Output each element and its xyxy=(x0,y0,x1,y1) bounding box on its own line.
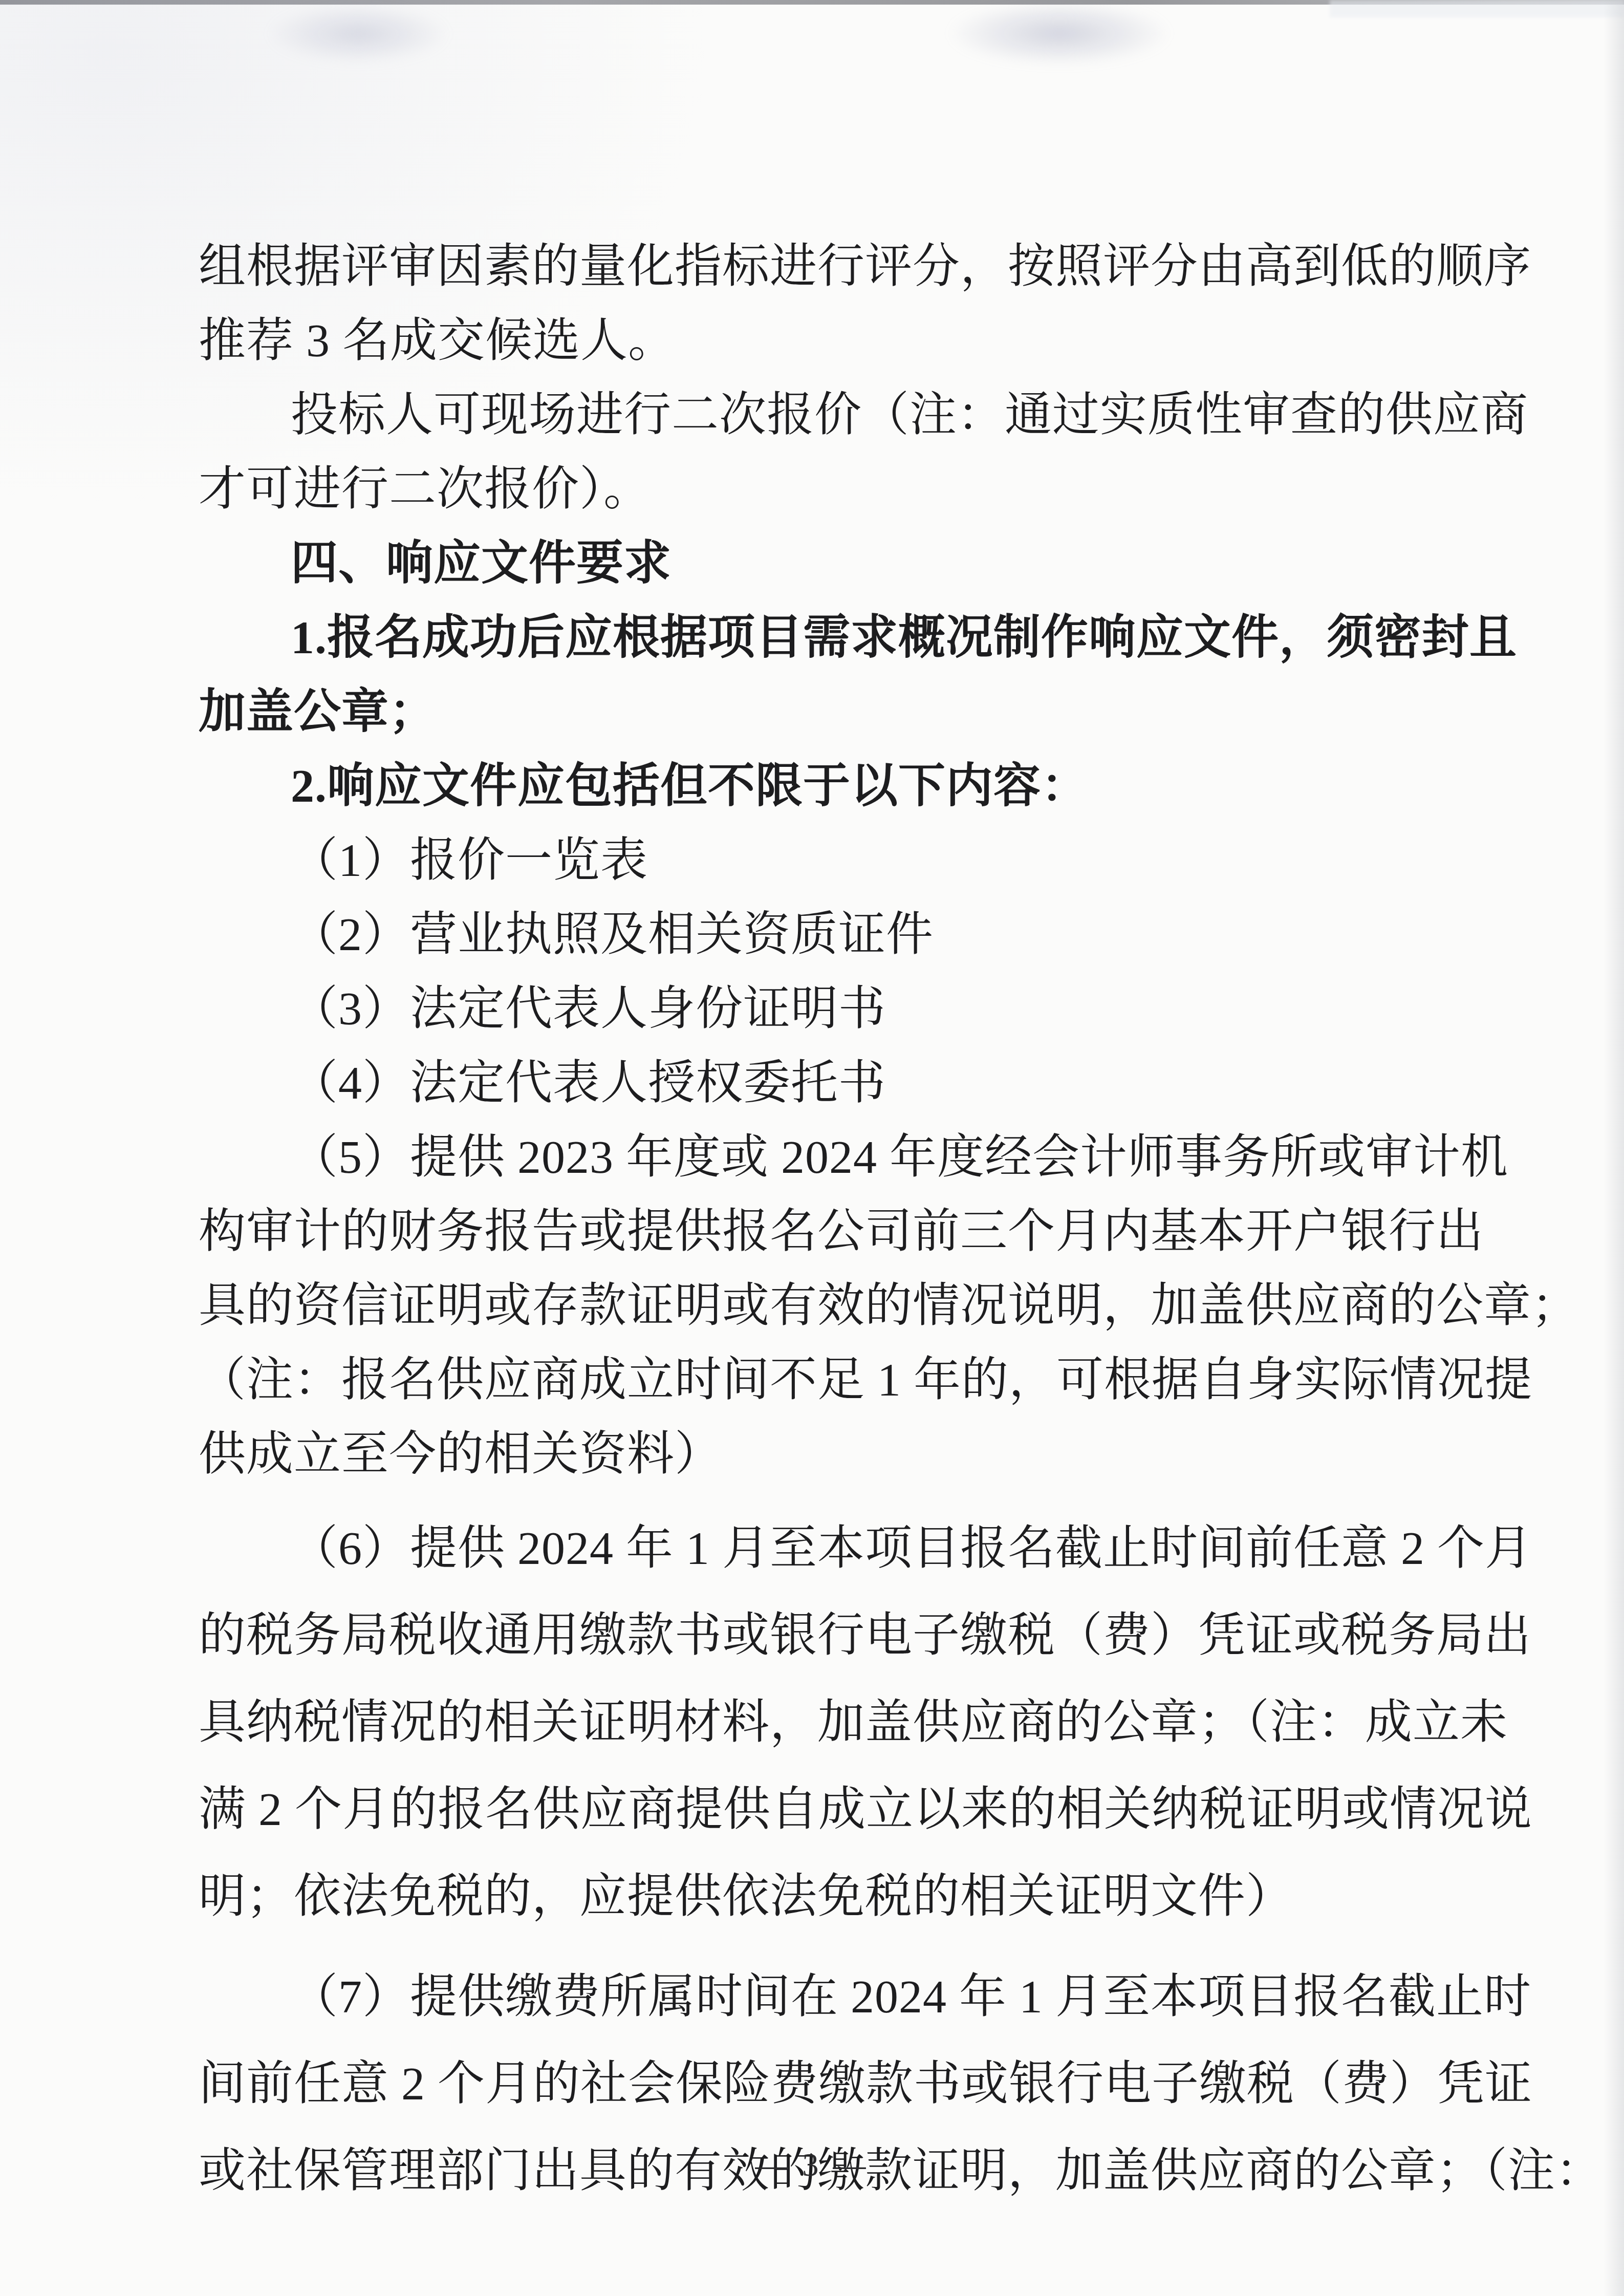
list-item-4: （4）法定代表人授权委托书 xyxy=(199,1046,1493,1120)
list-item-1: （1）报价一览表 xyxy=(199,823,1493,897)
clause-1-line-2: 加盖公章； xyxy=(199,675,1493,749)
list-item-7-line-1: （7）提供缴费所属时间在 2024 年 1 月至本项目报名截止时 xyxy=(199,1953,1493,2040)
scan-edge-shading xyxy=(1604,0,1624,2296)
section-heading-4: 四、响应文件要求 xyxy=(199,526,1493,600)
scan-smudge-artifact xyxy=(947,0,1172,67)
list-item-6-note-line-2: 明；依法免税的，应提供依法免税的相关证明文件） xyxy=(199,1853,1493,1940)
scan-edge-shading xyxy=(1330,0,1624,17)
list-item-5-line-2: 构审计的财务报告或提供报名公司前三个月内基本开户银行出 xyxy=(199,1194,1493,1269)
document-body: 组根据评审因素的量化指标进行评分，按照评分由高到低的顺序 推荐 3 名成交候选人… xyxy=(199,229,1493,2214)
page-number: — 3 — xyxy=(0,2146,1624,2184)
list-item-3: （3）法定代表人身份证明书 xyxy=(199,972,1493,1046)
scanned-document-page: 组根据评审因素的量化指标进行评分，按照评分由高到低的顺序 推荐 3 名成交候选人… xyxy=(0,0,1624,2296)
list-item-5-line-1: （5）提供 2023 年度或 2024 年度经会计师事务所或审计机 xyxy=(199,1120,1493,1194)
list-item-6-line-3: 具纳税情况的相关证明材料，加盖供应商的公章；（注：成立未 xyxy=(199,1679,1493,1766)
list-item-5-note-line-1: （注：报名供应商成立时间不足 1 年的，可根据自身实际情况提 xyxy=(199,1343,1493,1417)
list-item-2: （2）营业执照及相关资质证件 xyxy=(199,897,1493,972)
list-item-5-note-line-2: 供成立至今的相关资料） xyxy=(199,1417,1493,1491)
list-item-5-line-3: 具的资信证明或存款证明或有效的情况说明，加盖供应商的公章； xyxy=(199,1269,1493,1343)
list-item-7-line-2: 间前任意 2 个月的社会保险费缴款书或银行电子缴税（费）凭证 xyxy=(199,2040,1493,2127)
paragraph-scoring-line-3: 推荐 3 名成交候选人。 xyxy=(199,304,1493,378)
clause-1-line-1: 1.报名成功后应根据项目需求概况制作响应文件，须密封且 xyxy=(199,600,1493,675)
clause-2-heading: 2.响应文件应包括但不限于以下内容： xyxy=(199,749,1493,823)
paragraph-scoring-line-2: 组根据评审因素的量化指标进行评分，按照评分由高到低的顺序 xyxy=(199,229,1493,304)
paragraph-second-quote-line-2: 才可进行二次报价）。 xyxy=(199,452,1493,526)
list-item-6-note-line-1: 满 2 个月的报名供应商提供自成立以来的相关纳税证明或情况说 xyxy=(199,1766,1493,1853)
list-item-6-line-1: （6）提供 2024 年 1 月至本项目报名截止时间前任意 2 个月 xyxy=(199,1505,1493,1592)
list-item-6-line-2: 的税务局税收通用缴款书或银行电子缴税（费）凭证或税务局出 xyxy=(199,1592,1493,1679)
paragraph-second-quote-line-1: 投标人可现场进行二次报价（注：通过实质性审查的供应商 xyxy=(199,378,1493,452)
